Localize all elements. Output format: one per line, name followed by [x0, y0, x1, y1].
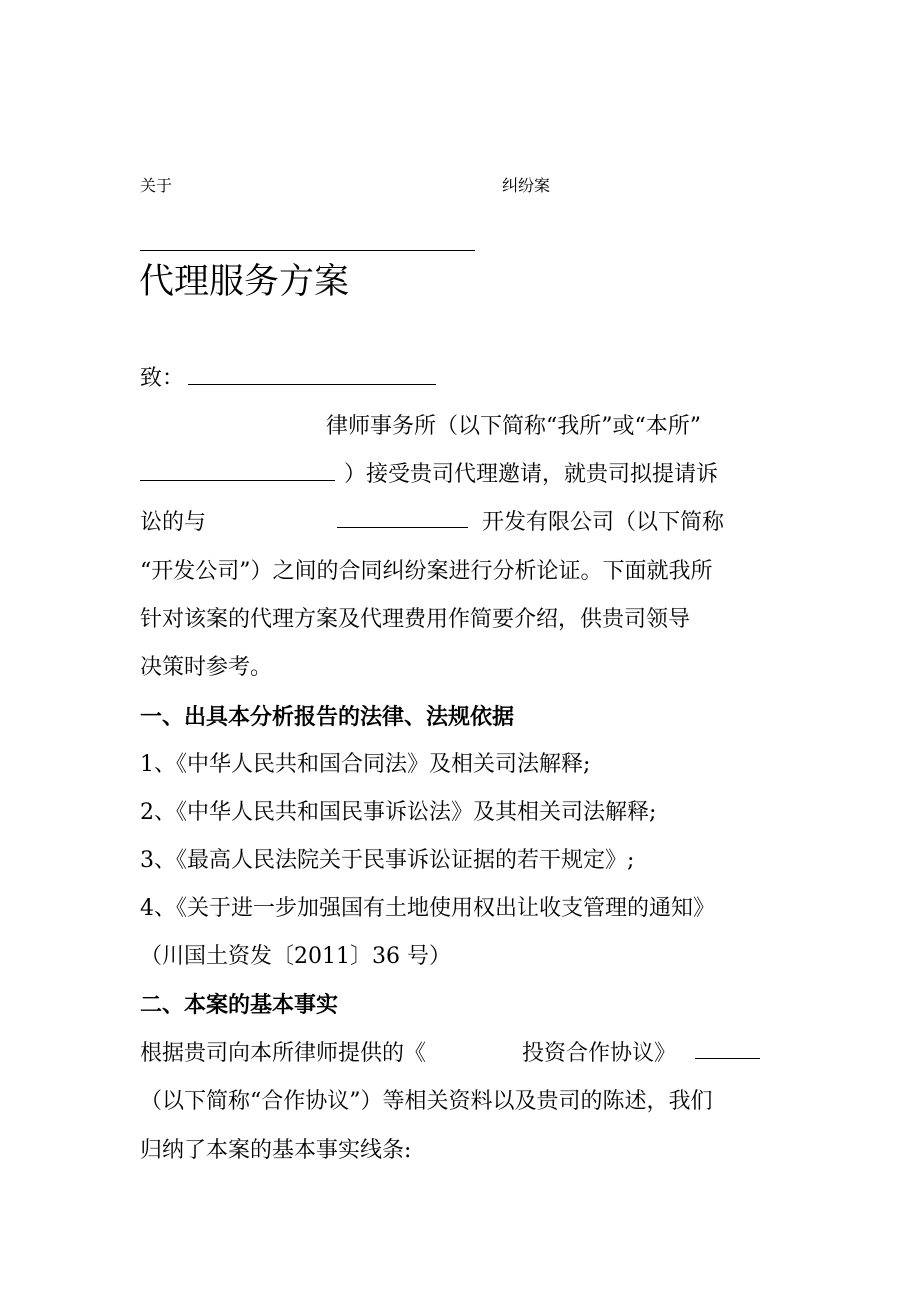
document-page: 关于 纠纷案 代理服务方案 致： 律师事务所（以下简称“我所”或“本所” ）接受…	[0, 0, 920, 1302]
section1-heading: 一、出具本分析报告的法律、法规依据	[140, 702, 514, 732]
intro-line-3a: 讼的与	[140, 508, 206, 538]
section1-item-1: 1、《中华人民共和国合同法》及相关司法解释;	[140, 750, 590, 780]
section1-item-4: 4、《关于进一步加强国有土地使用权出让收支管理的通知》	[140, 894, 715, 924]
title-rule	[140, 250, 475, 251]
section2-line-1a: 根据贵司向本所律师提供的《	[140, 1039, 426, 1069]
section2-line-3: 归纳了本案的基本事实线条:	[140, 1136, 411, 1166]
agreement-date-blank	[695, 1058, 760, 1059]
intro-line-4: “开发公司”）之间的合同纠纷案进行分析论证。下面就我所	[140, 557, 713, 587]
firm-name-blank	[140, 480, 335, 481]
header-prefix: 关于	[140, 175, 172, 197]
company-name-blank	[337, 527, 468, 528]
page-title: 代理服务方案	[139, 260, 349, 304]
section1-item-3: 3、《最高人民法院关于民事诉讼证据的若干规定》;	[140, 846, 634, 876]
section1-item-4-cont: （川国土资发〔2011〕36 号）	[140, 942, 451, 972]
section2-line-1b: 投资合作协议》	[522, 1039, 676, 1069]
salutation-line: 致：	[140, 364, 184, 394]
section1-item-2: 2、《中华人民共和国民事诉讼法》及其相关司法解释;	[140, 798, 656, 828]
salutation-blank	[188, 384, 436, 385]
intro-line-2: ）接受贵司代理邀请，就贵司拟提请诉	[344, 460, 718, 490]
intro-line-1: 律师事务所（以下简称“我所”或“本所”	[326, 412, 701, 442]
section2-heading: 二、本案的基本事实	[140, 990, 338, 1020]
header-suffix: 纠纷案	[502, 175, 550, 197]
intro-line-3b: 开发有限公司（以下简称	[482, 508, 724, 538]
intro-line-6: 决策时参考。	[140, 653, 272, 683]
intro-line-5: 针对该案的代理方案及代理费用作简要介绍，供贵司领导	[140, 605, 690, 635]
section2-line-2: （以下简称“合作协议”）等相关资料以及贵司的陈述，我们	[140, 1087, 713, 1117]
salutation-label: 致：	[140, 366, 184, 391]
